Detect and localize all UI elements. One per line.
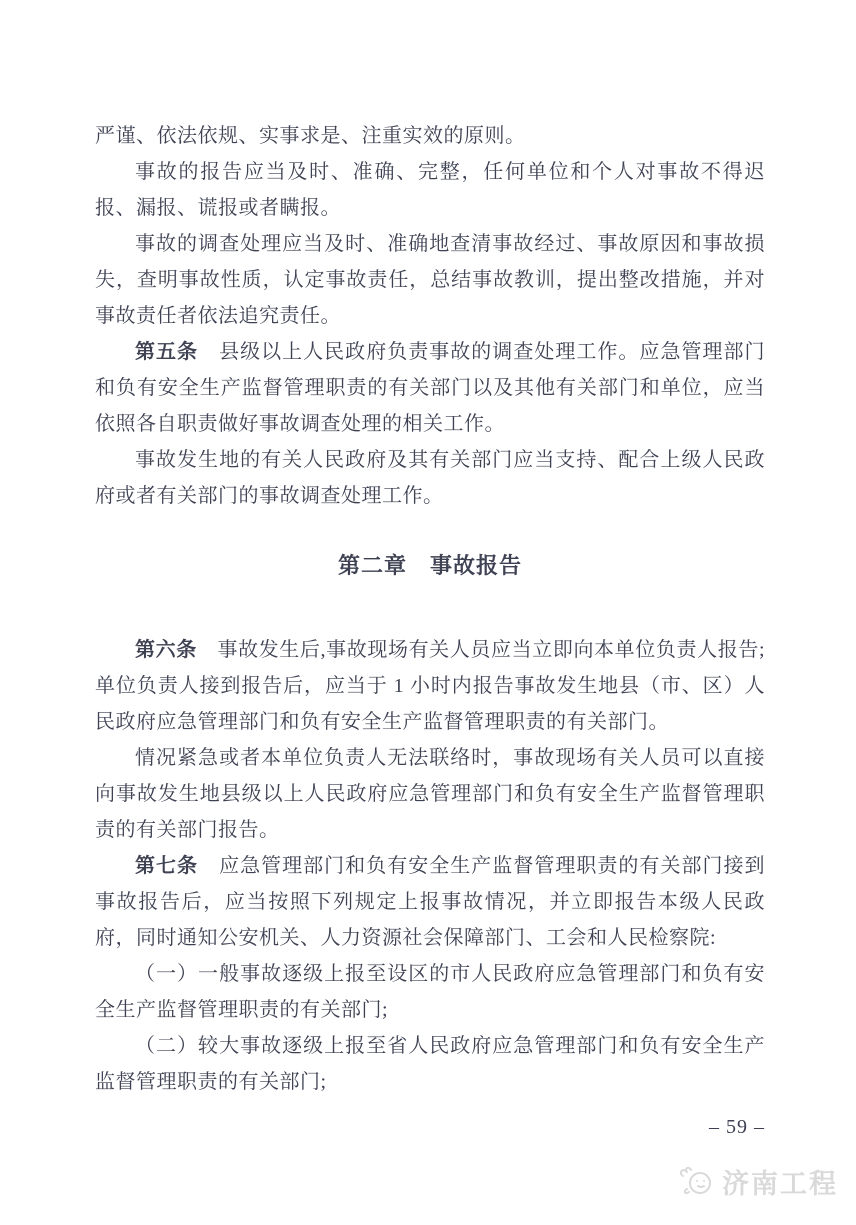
article-number-label: 第七条 (135, 855, 198, 877)
paragraph-text: （二）较大事故逐级上报至省人民政府应急管理部门和负有安全生产监督管理职责的有关部… (95, 1035, 765, 1093)
paragraph: 事故的调查处理应当及时、准确地查清事故经过、事故原因和事故损失，查明事故性质，认… (95, 226, 765, 334)
paragraph: 情况紧急或者本单位负责人无法联络时，事故现场有关人员可以直接向事故发生地县级以上… (95, 740, 765, 848)
paragraph: （二）较大事故逐级上报至省人民政府应急管理部门和负有安全生产监督管理职责的有关部… (95, 1028, 765, 1100)
document-page: 严谨、依法依规、实事求是、注重实效的原则。 事故的报告应当及时、准确、完整，任何… (0, 0, 856, 1225)
paragraph: 严谨、依法依规、实事求是、注重实效的原则。 (95, 118, 765, 154)
watermark: 济南工程 (677, 1162, 838, 1201)
document-body: 严谨、依法依规、实事求是、注重实效的原则。 事故的报告应当及时、准确、完整，任何… (95, 118, 765, 1100)
paragraph-text: 事故发生地的有关人民政府及其有关部门应当支持、配合上级人民政府或者有关部门的事故… (95, 449, 765, 507)
paragraph: 第五条 县级以上人民政府负责事故的调查处理工作。应急管理部门和负有安全生产监督管… (95, 334, 765, 442)
chapter-heading: 第二章 事故报告 (95, 548, 765, 584)
article-number-label: 第五条 (135, 341, 198, 363)
paragraph-text: 事故的报告应当及时、准确、完整，任何单位和个人对事故不得迟报、漏报、谎报或者瞒报… (95, 161, 765, 219)
watermark-text: 济南工程 (722, 1162, 838, 1201)
paragraph-text: 情况紧急或者本单位负责人无法联络时，事故现场有关人员可以直接向事故发生地县级以上… (95, 747, 765, 841)
paragraph-text: 严谨、依法依规、实事求是、注重实效的原则。 (95, 125, 526, 147)
watermark-mascot-icon (677, 1164, 717, 1200)
page-number: – 59 – (709, 1116, 765, 1139)
paragraph-text: （一）一般事故逐级上报至设区的市人民政府应急管理部门和负有安全生产监督管理职责的… (95, 963, 765, 1021)
paragraph: （一）一般事故逐级上报至设区的市人民政府应急管理部门和负有安全生产监督管理职责的… (95, 956, 765, 1028)
paragraph: 第六条 事故发生后,事故现场有关人员应当立即向本单位负责人报告;单位负责人接到报… (95, 632, 765, 740)
paragraph: 第七条 应急管理部门和负有安全生产监督管理职责的有关部门接到事故报告后，应当按照… (95, 848, 765, 956)
article-number-label: 第六条 (135, 639, 197, 661)
paragraph: 事故的报告应当及时、准确、完整，任何单位和个人对事故不得迟报、漏报、谎报或者瞒报… (95, 154, 765, 226)
paragraph-text: 事故的调查处理应当及时、准确地查清事故经过、事故原因和事故损失，查明事故性质，认… (95, 233, 765, 327)
paragraph: 事故发生地的有关人民政府及其有关部门应当支持、配合上级人民政府或者有关部门的事故… (95, 442, 765, 514)
